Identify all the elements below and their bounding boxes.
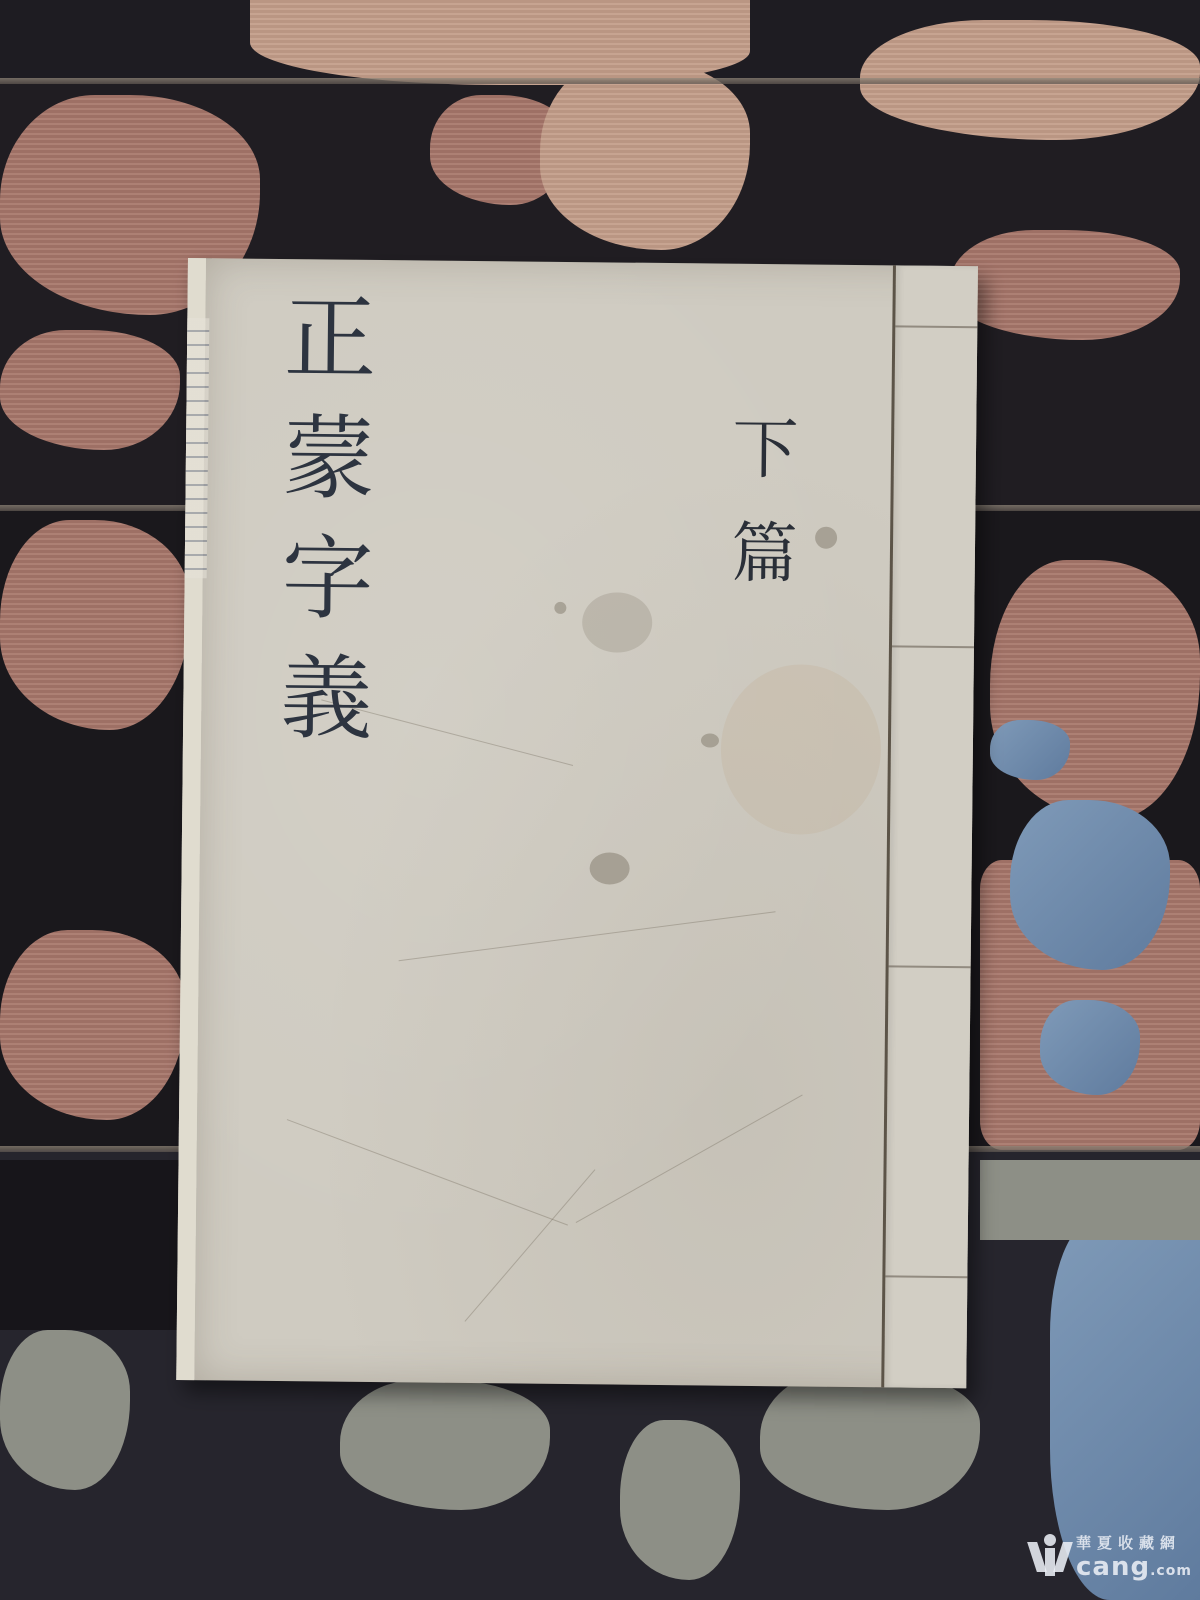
exposed-wood-patch [0, 520, 190, 730]
blue-paint-patch [1040, 1000, 1140, 1095]
ink-spot [701, 733, 719, 747]
water-stain [582, 592, 653, 653]
cang-logo-icon [1030, 1534, 1070, 1578]
ink-spot [554, 602, 566, 614]
book-title: 正蒙字義 [263, 289, 378, 770]
fold-line [885, 1275, 967, 1278]
cang-watermark: 華夏收藏網 cang.com [1030, 1528, 1200, 1588]
cover-fold-flap [881, 265, 978, 1388]
paper-crease [576, 1095, 803, 1224]
torn-binding-edge [185, 318, 210, 578]
book-cover: 正蒙字義 下篇 [176, 258, 978, 1388]
grey-paint-patch [340, 1380, 550, 1510]
grey-paint-patch [0, 1330, 130, 1490]
exposed-wood-patch [990, 560, 1200, 820]
fold-line [889, 965, 971, 968]
watermark-site-name: 華夏收藏網 [1076, 1532, 1181, 1553]
water-stain [720, 664, 882, 836]
exposed-wood-patch [0, 330, 180, 450]
plank-seam [0, 78, 1200, 84]
paper-crease [464, 1169, 595, 1322]
paper-crease [399, 911, 776, 961]
blue-paint-patch [990, 720, 1070, 780]
watermark-domain-suffix: .com [1150, 1563, 1192, 1579]
lacquer-patch [0, 1160, 190, 1330]
grey-paint-patch [620, 1420, 740, 1580]
exposed-wood-patch [540, 60, 750, 250]
antique-book[interactable]: 正蒙字義 下篇 [176, 258, 978, 1388]
exposed-wood-patch [0, 930, 185, 1120]
blue-paint-patch [1010, 800, 1170, 970]
watermark-domain: cang.com [1076, 1552, 1192, 1582]
grey-paint-patch [980, 1160, 1200, 1240]
fold-line [895, 325, 977, 328]
exposed-wood-patch [560, 0, 740, 40]
watermark-domain-main: cang [1076, 1552, 1150, 1582]
fold-line [892, 645, 974, 648]
ink-spot [815, 527, 837, 549]
paper-crease [287, 1119, 568, 1225]
ink-spot [589, 852, 629, 884]
volume-label: 下篇 [717, 414, 799, 623]
